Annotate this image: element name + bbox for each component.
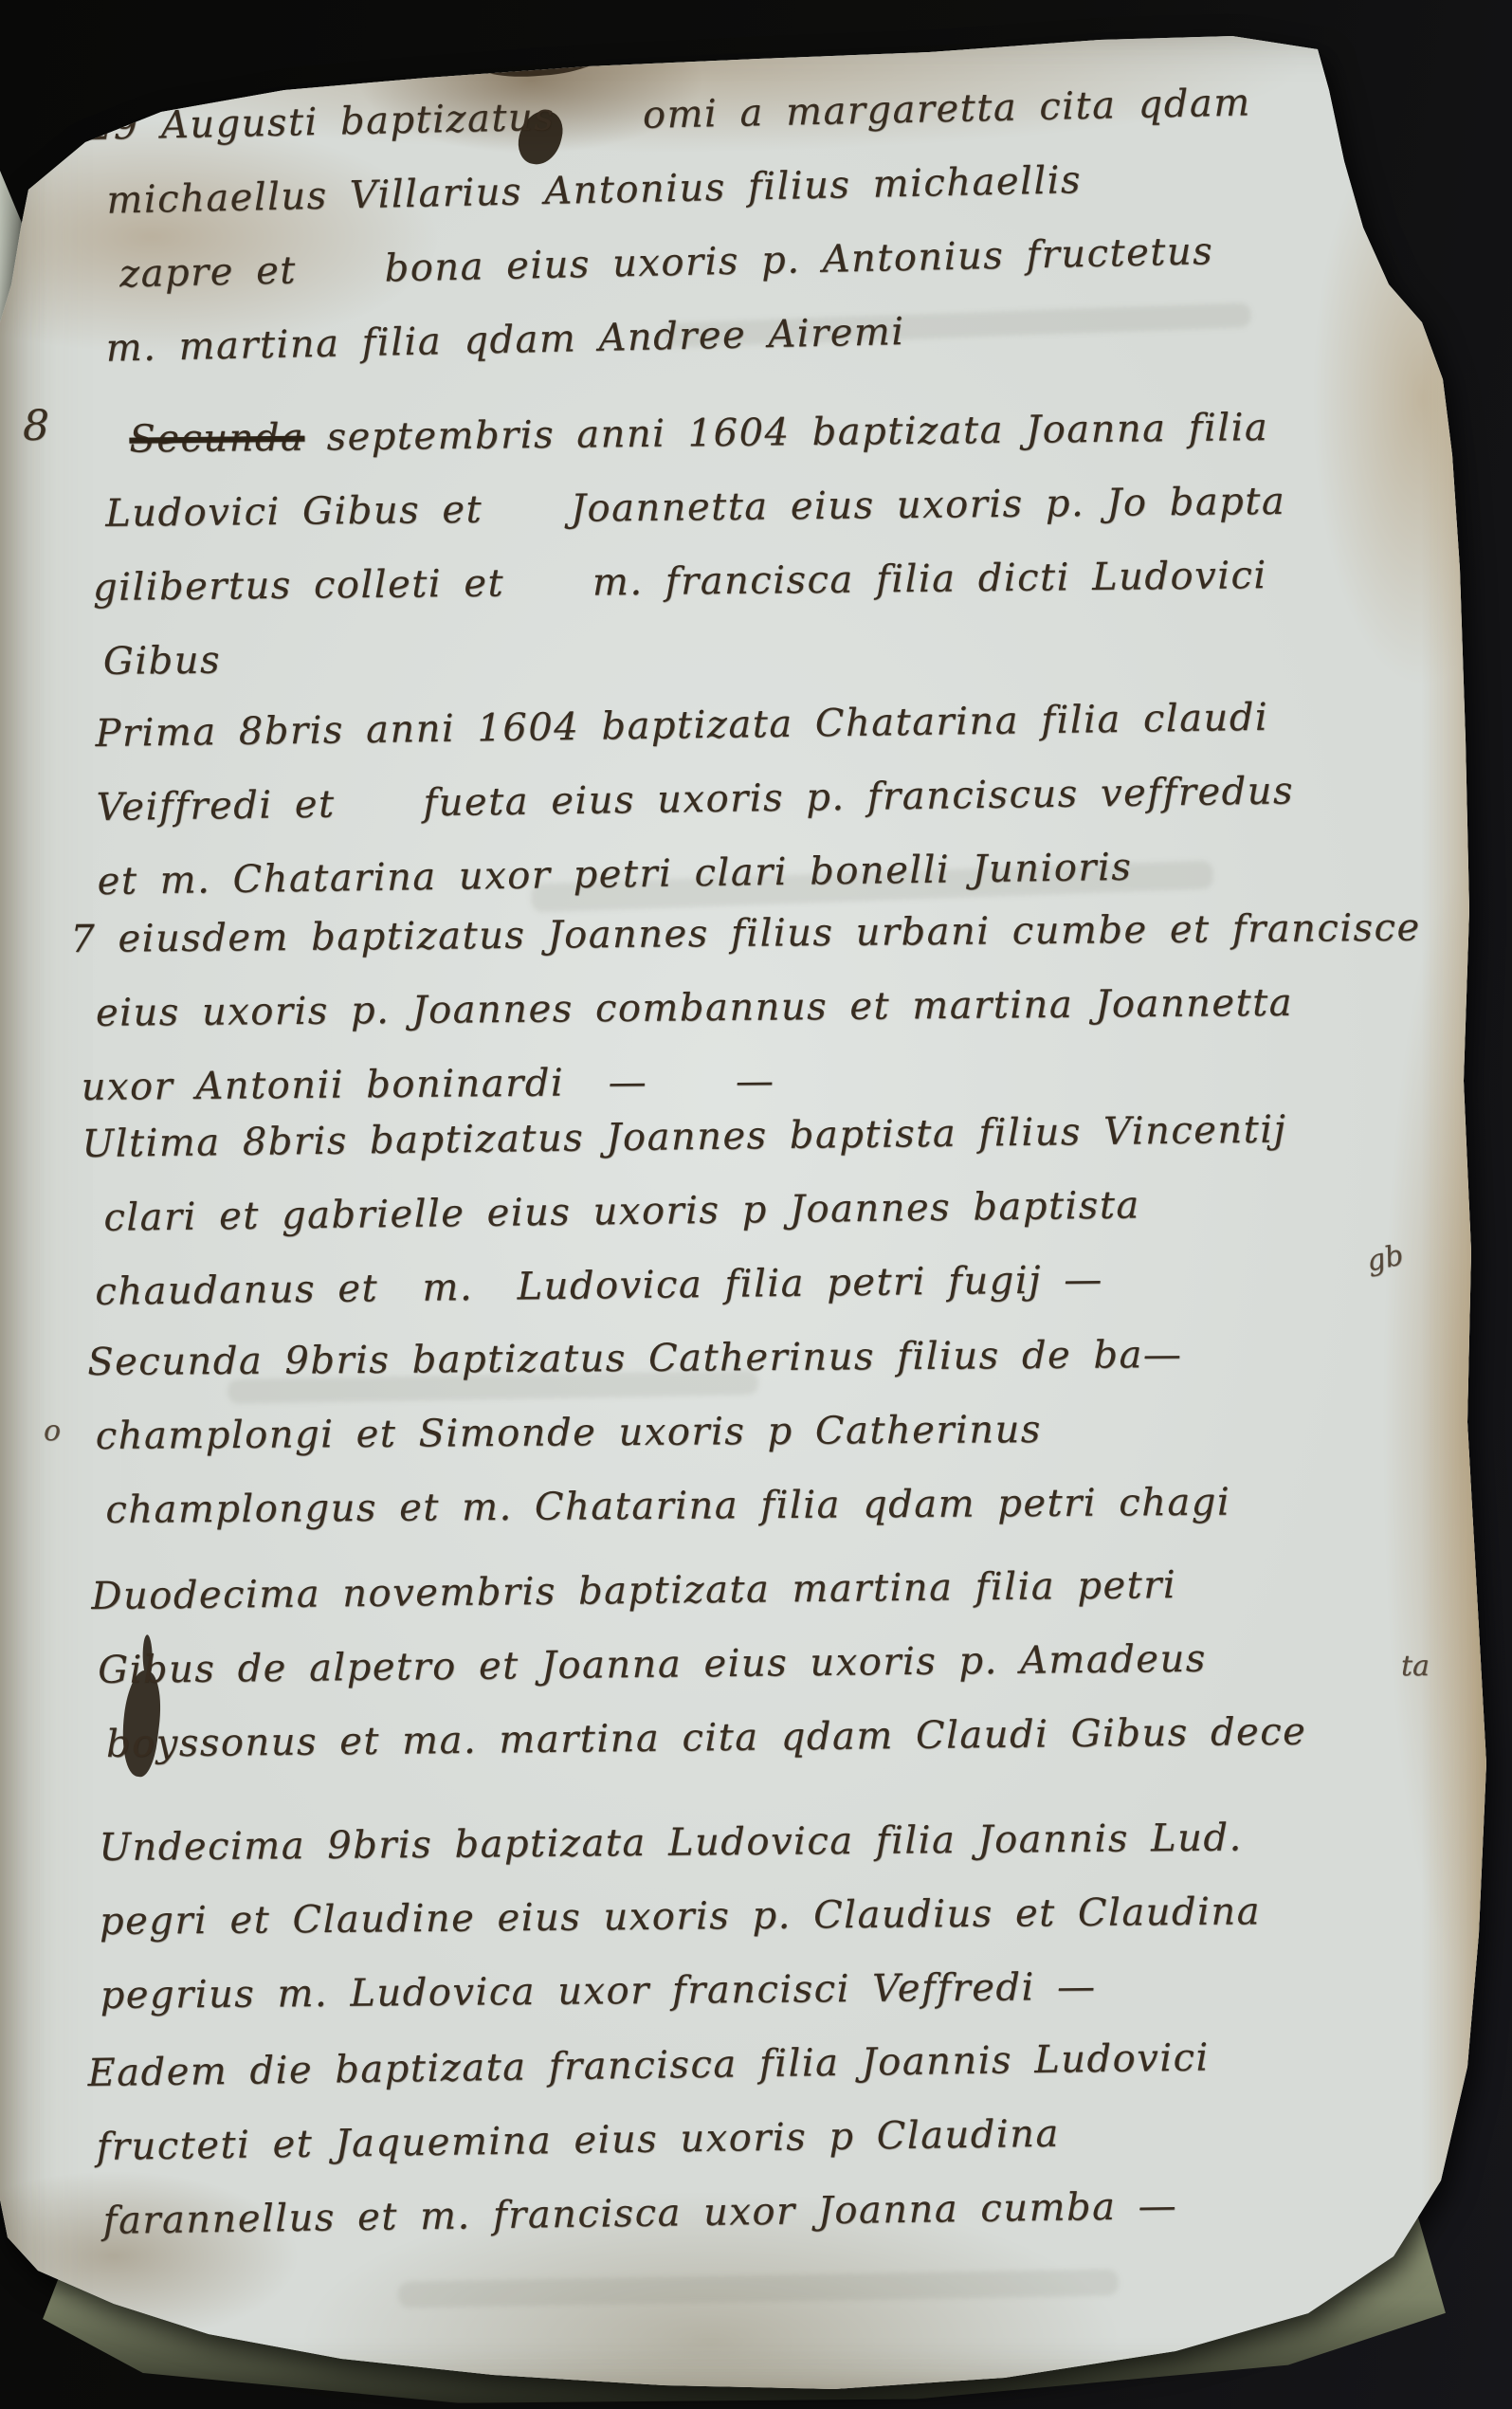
entry-line: Ultima 8bris baptizatus Joannes baptista… [82,1090,1485,1181]
entry-line: 29 Augusti baptizatus omi a margaretta c… [87,61,1482,164]
entry-line: Gibus [93,611,1487,699]
baptism-entry: Duodecima novembris baptizata martina fi… [91,1545,1496,1781]
entry-line: fructeti et Jaquemina eius uxoris p Clau… [88,2090,1483,2184]
entry-line: 7 eiusdem baptizatus Joannes filius urba… [70,890,1484,976]
entry-line: eius uxoris p. Joannes combannus et mart… [71,964,1485,1050]
entry-line: chaudanus et m. Ludovica filia petri fug… [83,1238,1487,1329]
entry-line: pegrius m. Ludovica uxor francisci Veffr… [100,1946,1494,2033]
baptism-entry: 29 Augusti baptizatus omi a margaretta c… [87,61,1486,386]
entry-line: Veiffredi et fueta eius uxoris p. franci… [96,751,1490,845]
entry-line: et m. Chatarina uxor petri clari bonelli… [97,825,1491,919]
entry-line: Ludovici Gibus et Joannetta eius uxoris … [92,463,1486,551]
entry-line: zapre et bona eius uxoris p. Antonius fr… [90,209,1485,312]
ink-blot [117,1669,165,1779]
entry-line: Prima 8bris anni 1604 baptizata Chatarin… [95,677,1489,771]
entry-line: Eadem die baptizata francisca filia Joan… [87,2017,1482,2110]
ink-bleed-through [664,302,1252,348]
entry-line: farannellus et m. francisca uxor Joanna … [89,2164,1484,2258]
deckle-edge [1422,284,1512,2275]
ink-bleed-through [531,860,1214,912]
entry-line: gilibertus colleti et m. francisca filia… [93,537,1487,625]
entry-line: Gibus de alpetro et Joanna eius uxoris p… [92,1618,1496,1706]
entry-line: Duodecima novembris baptizata martina fi… [91,1545,1495,1633]
baptism-entry: 7 eiusdem baptizatus Joannes filius urba… [70,890,1485,1124]
entry-line: pegri et Claudine eius uxoris p. Claudiu… [100,1872,1494,1959]
ink-bleed-through [228,1370,758,1404]
entry-line: Secunda septembris anni 1604 baptizata J… [91,389,1485,477]
ink-blot [514,106,568,170]
baptism-entry: Prima 8bris anni 1604 baptizata Chatarin… [95,677,1491,919]
margin-note-ta: ta [1401,1646,1430,1688]
entry-line: michaellus Villarius Antonius filius mic… [89,135,1484,238]
entry-line: Secunda 9bris baptizatus Catherinus fili… [87,1316,1491,1399]
baptism-entry: Ultima 8bris baptizatus Joannes baptista… [82,1090,1487,1329]
entry-line: uxor Antonii boninardi — — [71,1038,1485,1124]
baptism-entry: Secunda septembris anni 1604 baptizata J… [91,389,1487,699]
entry-line: boyssonus et ma. martina cita qdam Claud… [93,1692,1497,1780]
manuscript-page: 8 o gb ta 29 Augusti baptizatus omi a ma… [0,0,1512,2409]
baptism-entry: Eadem die baptizata francisca filia Joan… [87,2017,1484,2258]
entry-line: champlongi et Simonde uxoris p Catherinu… [88,1390,1492,1473]
entry-line: Undecima 9bris baptizata Ludovica filia … [99,1798,1493,1885]
margin-mark: o [44,1411,61,1452]
ink-bleed-through [398,2269,1119,2308]
entry-line: champlongus et m. Chatarina filia qdam p… [88,1464,1492,1547]
margin-number: 8 [23,406,49,447]
entry-line-text: septembris anni 1604 baptizata Joanna fi… [326,406,1268,459]
margin-note-gb: gb [1363,1234,1408,1283]
entry-line: m. martina filia qdam Andree Airemi [92,283,1486,386]
entry-line: clari et gabrielle eius uxoris p Joannes… [82,1164,1486,1255]
ink-blot [465,22,610,81]
baptism-entry: Secunda 9bris baptizatus Catherinus fili… [87,1316,1492,1547]
baptism-entry: Undecima 9bris baptizata Ludovica filia … [99,1798,1494,2033]
page-wrap: 8 o gb ta 29 Augusti baptizatus omi a ma… [0,0,1512,2409]
manuscript-photo: 8 o gb ta 29 Augusti baptizatus omi a ma… [0,0,1512,2409]
struck-word: Secunda [129,416,304,462]
